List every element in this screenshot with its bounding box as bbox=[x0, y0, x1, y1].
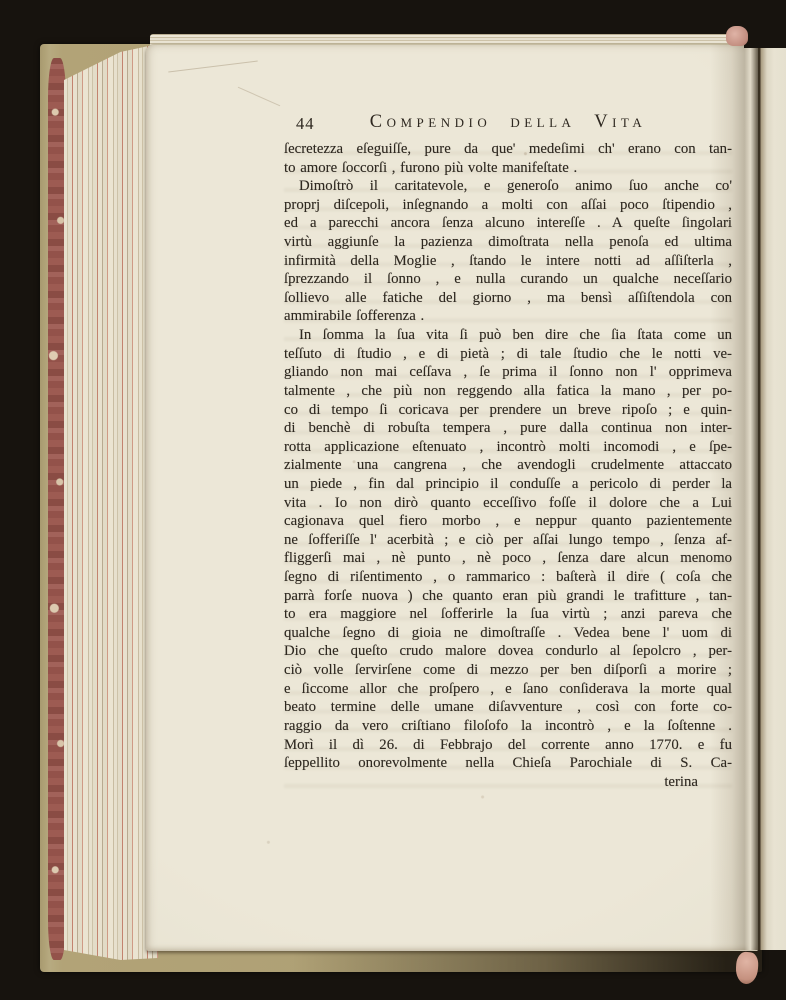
text-line: ciò volle ſervirſene come di mezzo per b… bbox=[284, 661, 732, 680]
text-line: ſegno di riſentimento , o rammarico : ba… bbox=[284, 568, 732, 587]
printed-text-block: 44 Compendio della Vita ſecretezza eſegu… bbox=[284, 112, 732, 791]
text-line: infirmità della Moglie , ſtando le inter… bbox=[284, 252, 732, 271]
background-corner bbox=[744, 0, 786, 48]
text-line: un piede , fin dal principio il conduſſe… bbox=[284, 475, 732, 494]
text-line: rotta applicazione eſtenuato , incontrò … bbox=[284, 438, 732, 457]
fore-edge-marbling bbox=[48, 58, 66, 960]
next-page-sliver bbox=[758, 40, 786, 950]
text-line: ed a parecchi ancora ſenza alcuno intere… bbox=[284, 214, 732, 233]
text-line: fliggerſi mai , nè punto , nè poco , ſen… bbox=[284, 549, 732, 568]
tailband bbox=[735, 951, 759, 984]
text-line: ſecretezza eſeguiſſe, pure da que' medeſ… bbox=[284, 140, 732, 159]
text-line: ſprezzando il ſonno , e nulla curando un… bbox=[284, 270, 732, 289]
text-line: ſollievo alle fatiche del giorno , ma be… bbox=[284, 289, 732, 308]
running-title: Compendio della Vita bbox=[284, 112, 732, 133]
text-line: gliando non mai ceſſava , ſe prima il ſo… bbox=[284, 363, 732, 382]
text-line: qualche ſegno di gioia ne dimoſtraſſe . … bbox=[284, 624, 732, 643]
headband bbox=[726, 26, 748, 46]
text-line: co di tempo ſi coricava per prendere un … bbox=[284, 401, 732, 420]
page-stack-left-edges bbox=[64, 44, 158, 962]
text-line: di benchè di robuſta tempera , pure dall… bbox=[284, 419, 732, 438]
text-line: to amore ſoccorſi , furono più volte man… bbox=[284, 159, 732, 178]
body-text: ſecretezza eſeguiſſe, pure da que' medeſ… bbox=[284, 140, 732, 773]
text-line: beato termine delle umane diſavventure ,… bbox=[284, 698, 732, 717]
text-line: In ſomma la ſua vita ſi può ben dire che… bbox=[284, 326, 732, 345]
text-line: zialmente una cangrena , che avendogli c… bbox=[284, 456, 732, 475]
text-line: ne ſofferiſſe l' acerbità ; e ciò per aſ… bbox=[284, 531, 732, 550]
text-line: virtù aggiunſe la pazienza dimoſtrata ne… bbox=[284, 233, 732, 252]
text-line: ſeppellito onorevolmente nella Chieſa Pa… bbox=[284, 754, 732, 773]
text-line: Dimoſtrò il caritatevole, e generoſo ani… bbox=[284, 177, 732, 196]
text-line: parrà forſe nuova ) che quanto eran più … bbox=[284, 587, 732, 606]
text-line: to era maggiore nel ſofferirle la ſua vi… bbox=[284, 605, 732, 624]
text-line: proprj diſcepoli, inſegnando a molti con… bbox=[284, 196, 732, 215]
text-line: vita . Io non dirò quanto ecceſſivo foſſ… bbox=[284, 494, 732, 513]
text-line: cagionava quel fiero morbo , e neppur qu… bbox=[284, 512, 732, 531]
text-line: talmente , che più non reggendo alla fat… bbox=[284, 382, 732, 401]
text-line: e ſiccome allor che proſpero , e ſano co… bbox=[284, 680, 732, 699]
scanned-book-photo: { "page": { "header": { "page_number": "… bbox=[0, 0, 786, 1000]
text-line: ammirabile ſofferenza . bbox=[284, 307, 732, 326]
catchword: terina bbox=[284, 773, 732, 792]
page-header: 44 Compendio della Vita bbox=[284, 112, 732, 139]
text-line: Dio che queſto crudo malore dovea condur… bbox=[284, 642, 732, 661]
text-line: raggio da vero criſtiano filoſofo la inc… bbox=[284, 717, 732, 736]
text-line: Morì il dì 26. di Febbrajo del corrente … bbox=[284, 736, 732, 755]
text-line: teſſuto di ſtudio , e di pietà ; di tale… bbox=[284, 345, 732, 364]
